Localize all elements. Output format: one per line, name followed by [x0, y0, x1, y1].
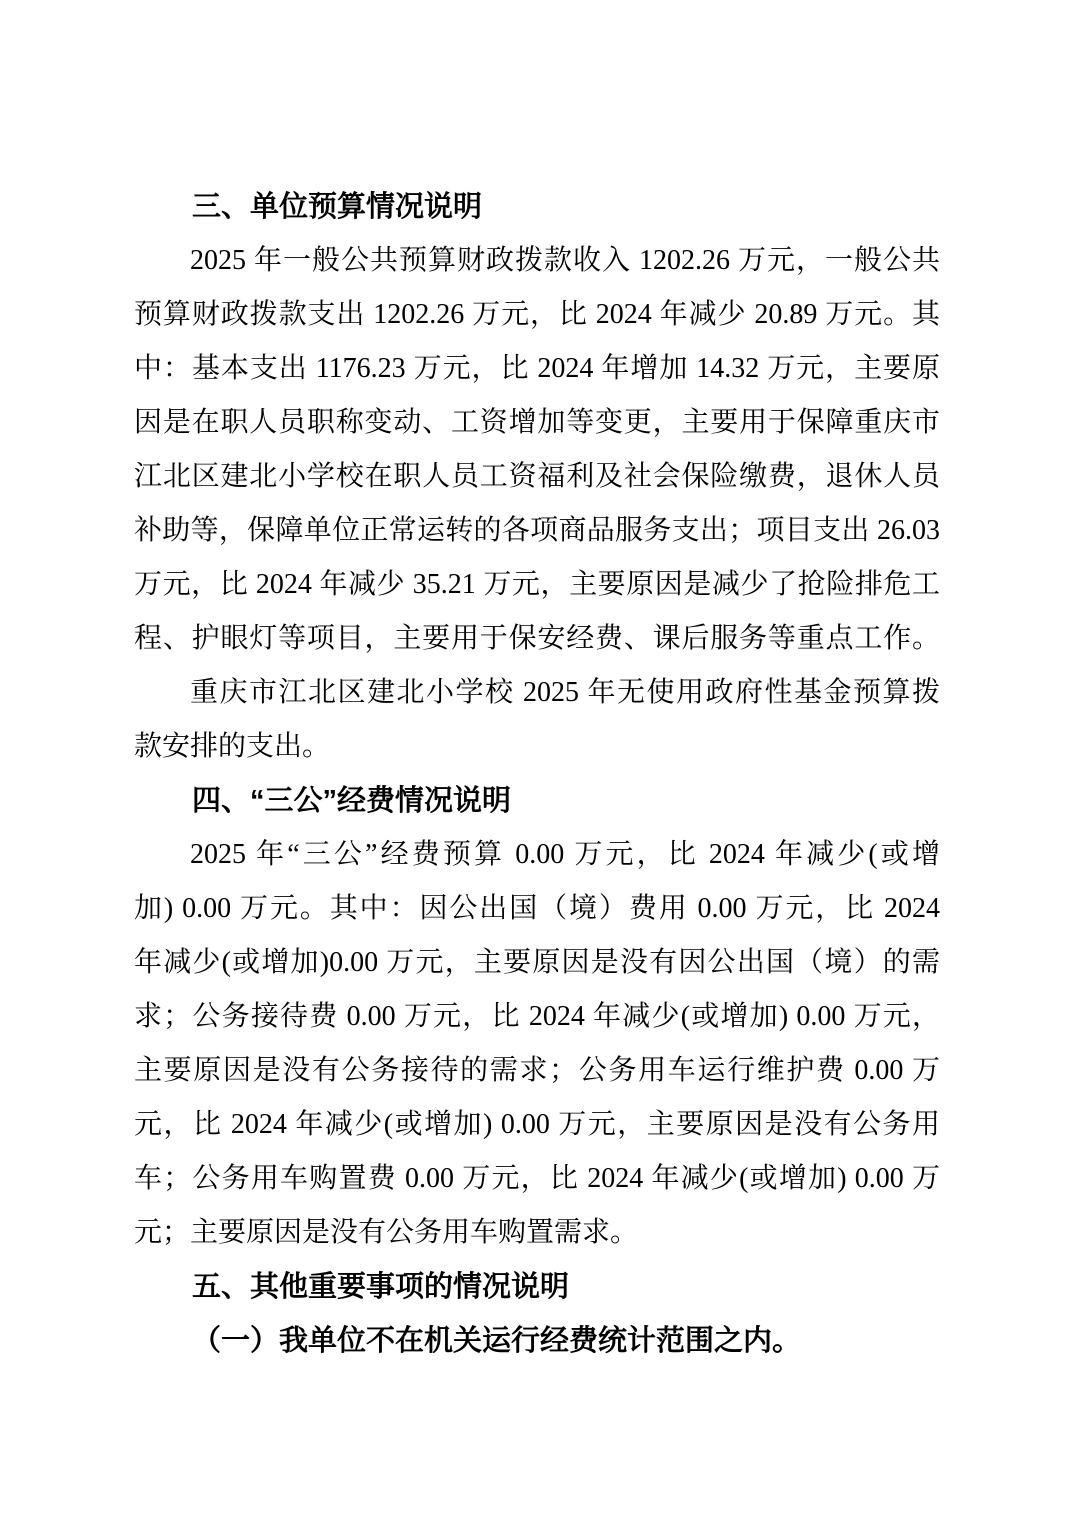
section-heading-three-public: 四、“三公”经费情况说明 [134, 774, 940, 828]
para-threepublic-line-3: 年减少(或增加)0.00 万元，主要原因是没有因公出国（境）的需 [134, 936, 940, 990]
para-threepublic-line-2: 加) 0.00 万元。其中：因公出国（境）费用 0.00 万元，比 2024 [134, 882, 940, 936]
document-page: 三、单位预算情况说明 2025 年一般公共预算财政拨款收入 1202.26 万元… [0, 0, 1074, 1520]
para-budget-line-7: 万元，比 2024 年减少 35.21 万元，主要原因是减少了抢险排危工 [134, 558, 940, 612]
para-threepublic-line-7: 车；公务用车购置费 0.00 万元，比 2024 年减少(或增加) 0.00 万 [134, 1152, 940, 1206]
para-budget-line-4: 因是在职人员职称变动、工资增加等变更，主要用于保障重庆市 [134, 396, 940, 450]
document-body: 三、单位预算情况说明 2025 年一般公共预算财政拨款收入 1202.26 万元… [134, 180, 940, 1368]
para-budget-line-5: 江北区建北小学校在职人员工资福利及社会保险缴费，退休人员 [134, 450, 940, 504]
para-other-items-statement: （一）我单位不在机关运行经费统计范围之内。 [134, 1314, 940, 1368]
para-budget-line-6: 补助等，保障单位正常运转的各项商品服务支出；项目支出 26.03 [134, 504, 940, 558]
para-budget-line-2: 预算财政拨款支出 1202.26 万元，比 2024 年减少 20.89 万元。… [134, 288, 940, 342]
para-govfund-line-2: 款安排的支出。 [134, 720, 940, 774]
para-budget-line-1: 2025 年一般公共预算财政拨款收入 1202.26 万元，一般公共 [134, 234, 940, 288]
section-heading-other-items: 五、其他重要事项的情况说明 [134, 1260, 940, 1314]
para-threepublic-line-4: 求；公务接待费 0.00 万元，比 2024 年减少(或增加) 0.00 万元， [134, 990, 940, 1044]
para-budget-line-3: 中：基本支出 1176.23 万元，比 2024 年增加 14.32 万元，主要… [134, 342, 940, 396]
section-heading-unit-budget: 三、单位预算情况说明 [134, 180, 940, 234]
para-threepublic-line-5: 主要原因是没有公务接待的需求；公务用车运行维护费 0.00 万 [134, 1044, 940, 1098]
para-threepublic-line-1: 2025 年“三公”经费预算 0.00 万元，比 2024 年减少(或增 [134, 828, 940, 882]
para-threepublic-line-6: 元，比 2024 年减少(或增加) 0.00 万元，主要原因是没有公务用 [134, 1098, 940, 1152]
para-govfund-line-1: 重庆市江北区建北小学校 2025 年无使用政府性基金预算拨 [134, 666, 940, 720]
para-threepublic-line-8: 元；主要原因是没有公务用车购置需求。 [134, 1206, 940, 1260]
para-budget-line-8: 程、护眼灯等项目，主要用于保安经费、课后服务等重点工作。 [134, 612, 940, 666]
